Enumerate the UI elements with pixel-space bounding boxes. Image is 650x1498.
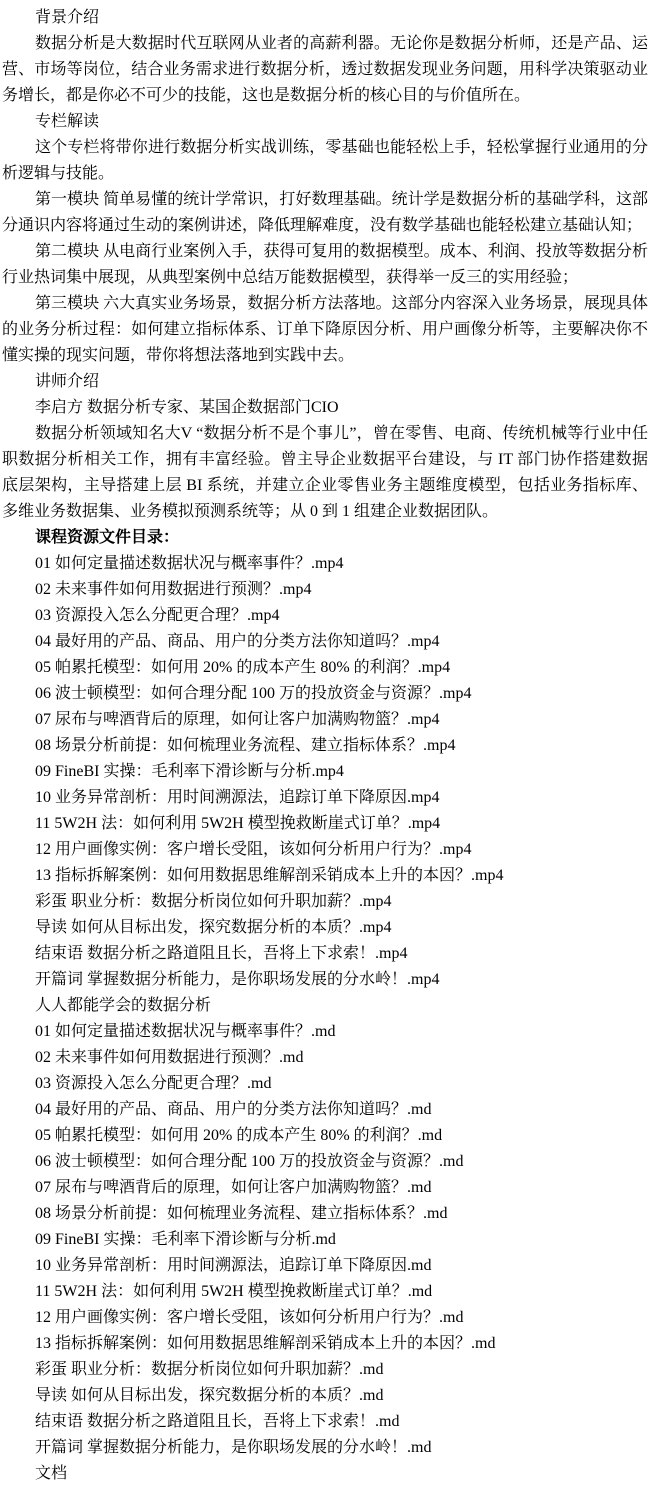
file-item-md: 01 如何定量描述数据状况与概率事件？.md: [2, 1019, 648, 1045]
file-item-md: 13 指标拆解案例：如何用数据思维解剖采销成本上升的本因？.md: [2, 1331, 648, 1357]
paragraph-column-overview: 这个专栏将带你进行数据分析实战训练，零基础也能轻松上手，轻松掌握行业通用的分析逻…: [2, 135, 648, 187]
paragraph-module-1: 第一模块 简单易懂的统计学常识，打好数理基础。统计学是数据分析的基础学科，这部分…: [2, 187, 648, 239]
file-item-md: 结束语 数据分析之路道阻且长，吾将上下求索！.md: [2, 1409, 648, 1435]
file-item-md: 04 最好用的产品、商品、用户的分类方法你知道吗？.md: [2, 1097, 648, 1123]
file-item-md: 开篇词 掌握数据分析能力，是你职场发展的分水岭！.md: [2, 1435, 648, 1461]
heading-background: 背景介绍: [2, 5, 648, 31]
file-item-md: 10 业务异常剖析：用时间溯源法，追踪订单下降原因.md: [2, 1253, 648, 1279]
file-item-mp4: 09 FineBI 实操：毛利率下滑诊断与分析.mp4: [2, 759, 648, 785]
file-item-mp4: 结束语 数据分析之路道阻且长，吾将上下求索！.mp4: [2, 941, 648, 967]
file-item-md: 05 帕累托模型：如何用 20% 的成本产生 80% 的利润？.md: [2, 1123, 648, 1149]
file-item-md: 12 用户画像实例：客户增长受阻，该如何分析用户行为？.md: [2, 1305, 648, 1331]
file-item-md: 02 未来事件如何用数据进行预测？.md: [2, 1045, 648, 1071]
file-item-md: 08 场景分析前提：如何梳理业务流程、建立指标体系？.md: [2, 1201, 648, 1227]
file-item-md: 03 资源投入怎么分配更合理？.md: [2, 1071, 648, 1097]
file-item-mp4: 06 波士顿模型：如何合理分配 100 万的投放资金与资源？.mp4: [2, 681, 648, 707]
file-item-mp4: 05 帕累托模型：如何用 20% 的成本产生 80% 的利润？.mp4: [2, 655, 648, 681]
file-item-mp4: 导读 如何从目标出发，探究数据分析的本质？.mp4: [2, 915, 648, 941]
document-label: 文档: [2, 1461, 648, 1487]
file-item-md: 彩蛋 职业分析：数据分析岗位如何升职加薪？.md: [2, 1357, 648, 1383]
file-item-md: 09 FineBI 实操：毛利率下滑诊断与分析.md: [2, 1227, 648, 1253]
paragraph-instructor-name: 李启方 数据分析专家、某国企数据部门CIO: [2, 395, 648, 421]
paragraph-background: 数据分析是大数据时代互联网从业者的高薪利器。无论你是数据分析师，还是产品、运营、…: [2, 31, 648, 109]
file-item-mp4: 01 如何定量描述数据状况与概率事件？.mp4: [2, 551, 648, 577]
file-item-mp4: 08 场景分析前提：如何梳理业务流程、建立指标体系？.mp4: [2, 733, 648, 759]
document-body: 背景介绍数据分析是大数据时代互联网从业者的高薪利器。无论你是数据分析师，还是产品…: [0, 0, 650, 1497]
file-item-mp4: 07 尿布与啤酒背后的原理，如何让客户加满购物篮？.mp4: [2, 707, 648, 733]
heading-column-overview: 专栏解读: [2, 109, 648, 135]
file-item-mp4: 10 业务异常剖析：用时间溯源法，追踪订单下降原因.mp4: [2, 785, 648, 811]
file-item-mp4: 彩蛋 职业分析：数据分析岗位如何升职加薪？.mp4: [2, 889, 648, 915]
file-item-mp4: 开篇词 掌握数据分析能力，是你职场发展的分水岭！.mp4: [2, 967, 648, 993]
file-item-md: 06 波士顿模型：如何合理分配 100 万的投放资金与资源？.md: [2, 1149, 648, 1175]
file-item-mp4: 11 5W2H 法：如何利用 5W2H 模型挽救断崖式订单？.mp4: [2, 811, 648, 837]
file-item-md: 导读 如何从目标出发，探究数据分析的本质？.md: [2, 1383, 648, 1409]
paragraph-instructor-bio: 数据分析领域知名大V “数据分析不是个事儿”，曾在零售、电商、传统机械等行业中任…: [2, 421, 648, 525]
file-item-mp4: 13 指标拆解案例：如何用数据思维解剖采销成本上升的本因？.mp4: [2, 863, 648, 889]
file-item-md: 07 尿布与啤酒背后的原理，如何让客户加满购物篮？.md: [2, 1175, 648, 1201]
file-item-mp4: 02 未来事件如何用数据进行预测？.mp4: [2, 577, 648, 603]
md-folder-title: 人人都能学会的数据分析: [2, 993, 648, 1019]
file-item-mp4: 12 用户画像实例：客户增长受阻，该如何分析用户行为？.mp4: [2, 837, 648, 863]
paragraph-module-3: 第三模块 六大真实业务场景，数据分析方法落地。这部分内容深入业务场景，展现具体的…: [2, 291, 648, 369]
paragraph-module-2: 第二模块 从电商行业案例入手，获得可复用的数据模型。成本、利润、投放等数据分析行…: [2, 239, 648, 291]
file-item-mp4: 04 最好用的产品、商品、用户的分类方法你知道吗？.mp4: [2, 629, 648, 655]
file-item-mp4: 03 资源投入怎么分配更合理？.mp4: [2, 603, 648, 629]
file-item-md: 11 5W2H 法：如何利用 5W2H 模型挽救断崖式订单？.md: [2, 1279, 648, 1305]
directory-heading: 课程资源文件目录：: [2, 525, 648, 551]
heading-instructor: 讲师介绍: [2, 369, 648, 395]
